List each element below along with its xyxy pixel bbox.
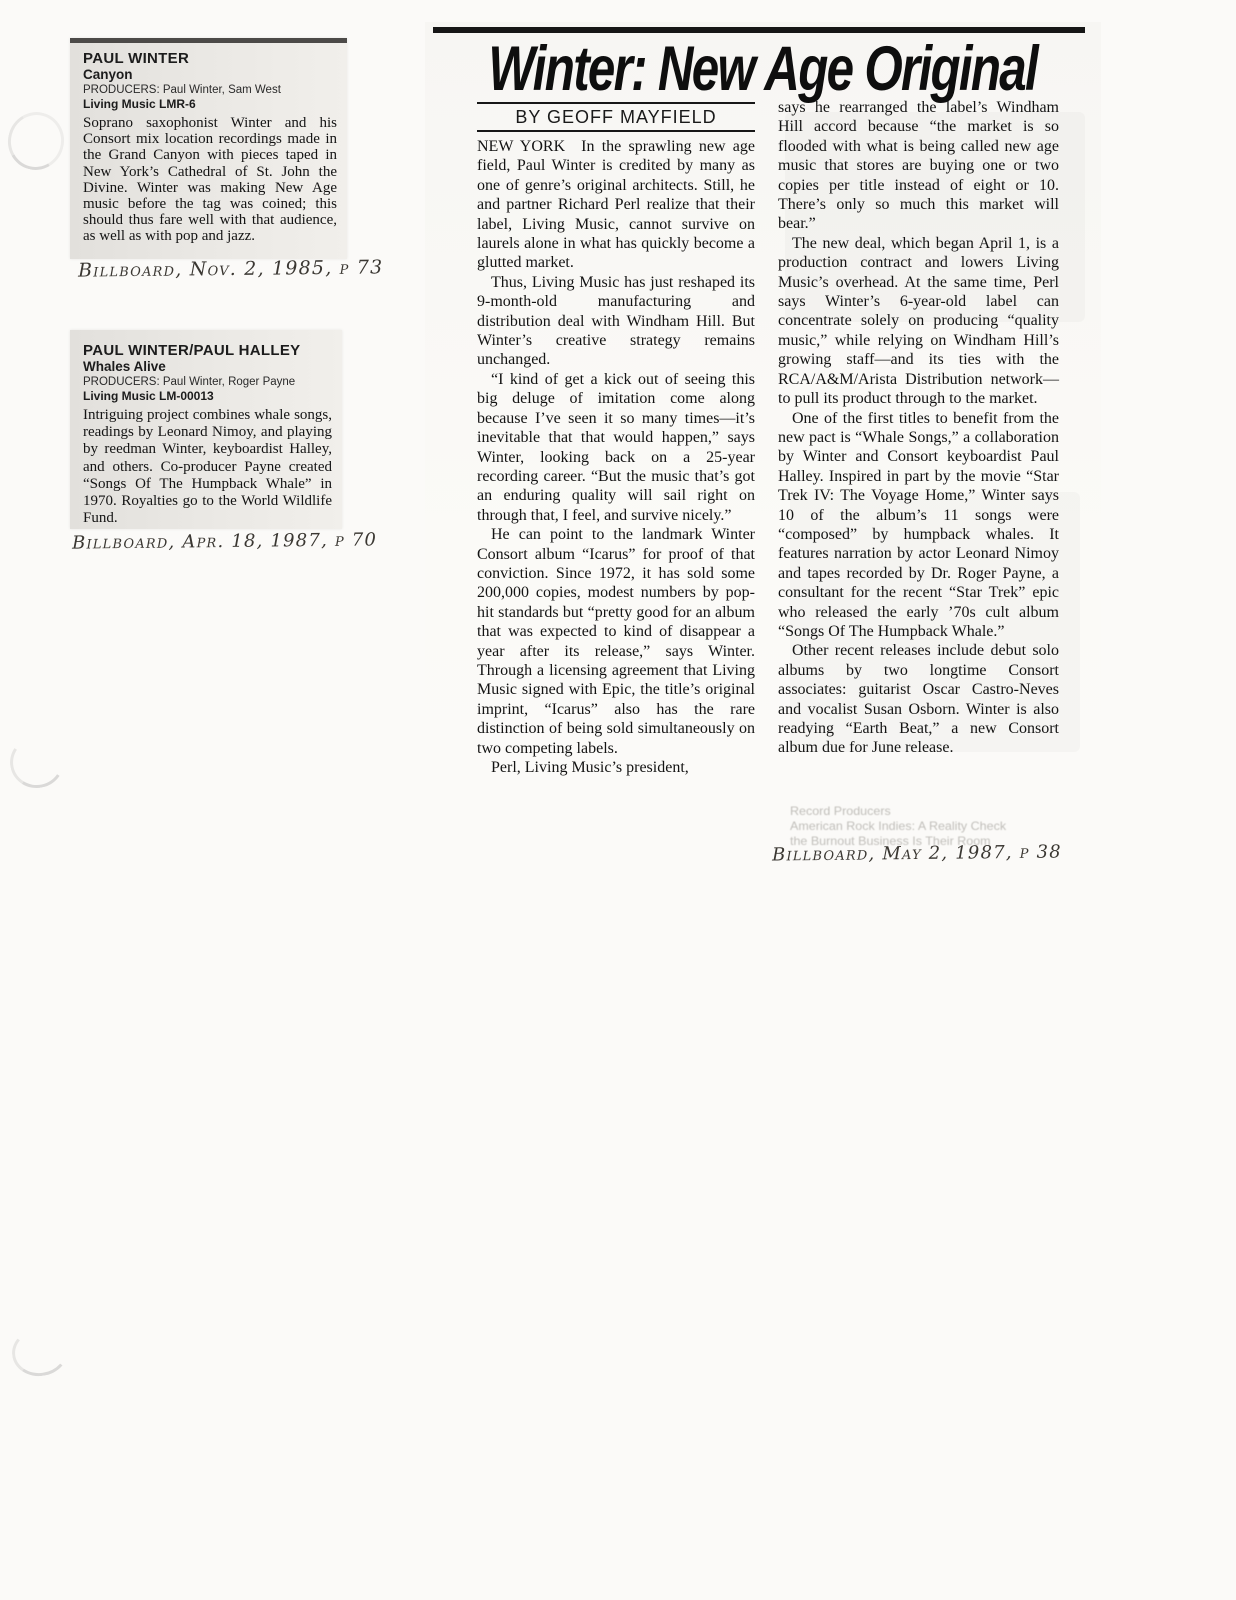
article-column-2: says he rearranged the label’s Windham H…: [778, 98, 1059, 758]
article-paragraph: Perl, Living Music’s president,: [477, 758, 755, 777]
artist-name: PAUL WINTER/PAUL HALLEY: [83, 338, 332, 359]
album-title: Canyon: [83, 67, 337, 83]
article-byline: BY GEOFF MAYFIELD: [477, 102, 755, 132]
article-clipping: Winter: New Age Original BY GEOFF MAYFIE…: [425, 22, 1101, 902]
handwritten-citation: Billboard, May 2, 1987, p 38: [772, 841, 1062, 865]
review-clipping-canyon: PAUL WINTER Canyon PRODUCERS: Paul Winte…: [70, 38, 347, 259]
article-paragraph: Other recent releases include debut solo…: [778, 641, 1059, 757]
label-credit: Living Music LMR-6: [83, 97, 337, 111]
producers-credit: PRODUCERS: Paul Winter, Sam West: [83, 83, 337, 97]
article-paragraph: One of the first titles to benefit from …: [778, 409, 1059, 642]
scanned-page: PAUL WINTER Canyon PRODUCERS: Paul Winte…: [0, 0, 1236, 1600]
article-headline: Winter: New Age Original: [489, 36, 1038, 103]
article-paragraph: He can point to the landmark Winter Cons…: [477, 525, 755, 758]
artist-name: PAUL WINTER: [83, 46, 337, 67]
review-text: Soprano saxophonist Winter and his Conso…: [83, 115, 337, 245]
bleed-through-line: American Rock Indies: A Reality Check: [790, 819, 1090, 833]
handwritten-citation: Billboard, Nov. 2, 1985, p 73: [78, 256, 384, 281]
punch-hole-artifact: [5, 731, 69, 793]
article-paragraph: says he rearranged the label’s Windham H…: [778, 98, 1059, 234]
article-paragraph: NEW YORK In the sprawling new age field,…: [477, 137, 755, 273]
handwritten-citation: Billboard, Apr. 18, 1987, p 70: [72, 529, 377, 553]
article-paragraph: The new deal, which began April 1, is a …: [778, 234, 1059, 409]
punch-hole-artifact: [1, 106, 70, 177]
album-title: Whales Alive: [83, 359, 332, 375]
clipping-top-rule: [70, 38, 347, 43]
bleed-through-line: Record Producers: [790, 804, 1090, 818]
article-paragraph: “I kind of get a kick out of seeing this…: [477, 370, 755, 525]
producers-credit: PRODUCERS: Paul Winter, Roger Payne: [83, 375, 332, 389]
review-text: Intriguing project combines whale songs,…: [83, 407, 332, 527]
label-credit: Living Music LM-00013: [83, 389, 332, 403]
article-column-1: NEW YORK In the sprawling new age field,…: [477, 137, 755, 777]
review-clipping-whales-alive: PAUL WINTER/PAUL HALLEY Whales Alive PRO…: [70, 330, 342, 529]
article-top-rule: [433, 27, 1085, 33]
punch-hole-artifact: [9, 1324, 71, 1379]
article-paragraph: Thus, Living Music has just reshaped its…: [477, 273, 755, 370]
